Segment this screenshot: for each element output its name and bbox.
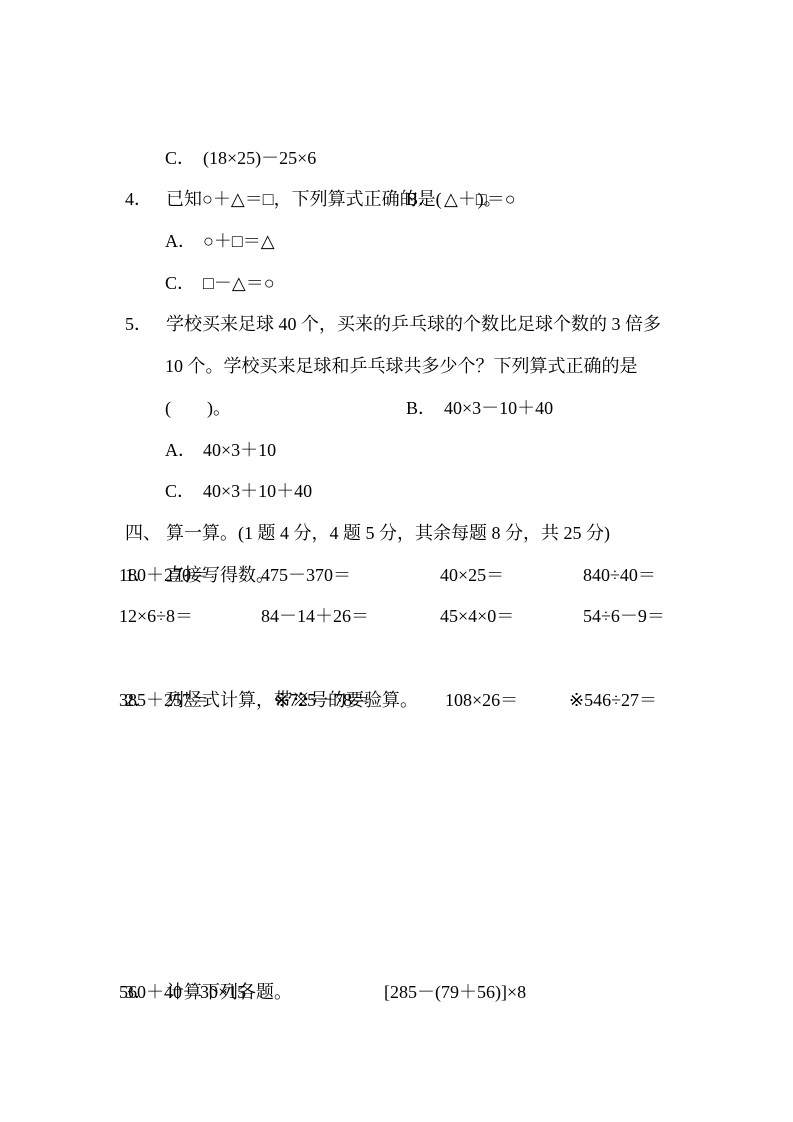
question-5-option-c-row: C．40×3＋10＋40 xyxy=(0,430,793,472)
option-b-expression: △＋□＝○ xyxy=(444,189,516,209)
working-space xyxy=(0,721,793,930)
expression: 108×26＝ xyxy=(445,680,518,722)
question-4-option-c-row: C．□－△＝○ xyxy=(0,221,793,263)
question-4-stem-row: 4．已知○＋△＝□，下列算式正确的是( )。 xyxy=(0,138,793,180)
question-4-option-b: B．△＋□＝○ xyxy=(406,179,516,221)
math-worksheet-page: C．(18×25)－25×6 4．已知○＋△＝□，下列算式正确的是( )。 A．… xyxy=(0,0,793,1122)
mixed-calculation-row: 560＋40－30×15 [285－(79＋56)]×8 xyxy=(0,972,793,1014)
expression: 560＋40－30×15 xyxy=(119,972,246,1014)
option-b-label: B． xyxy=(406,388,444,430)
expression: 54÷6－9＝ xyxy=(583,596,665,638)
option-b-label: B． xyxy=(406,179,444,221)
expression: 385＋257＝ xyxy=(119,680,209,722)
expression: ※546÷27＝ xyxy=(569,680,657,722)
expression: 84－14＋26＝ xyxy=(261,596,369,638)
expression: 12×6÷8＝ xyxy=(119,596,193,638)
expression: 180＋270＝ xyxy=(119,555,209,597)
mental-math-row-2: 12×6÷8＝ 84－14＋26＝ 45×4×0＝ 54÷6－9＝ xyxy=(0,596,793,638)
column-calculation-row: 385＋257＝ ※725－78＝ 108×26＝ ※546÷27＝ xyxy=(0,680,793,722)
mental-math-row-1: 180＋270＝ 475－370＝ 40×25＝ 840÷40＝ xyxy=(0,555,793,597)
subquestion-2-title-row: 2．列竖式计算，带※号的要验算。 xyxy=(0,638,793,680)
question-5-stem-row-2: 10 个。学校买来足球和乒乓球共多少个？下列算式正确的是 xyxy=(0,304,793,346)
option-b-expression: 40×3－10＋40 xyxy=(444,398,553,418)
question-5-options-ab-row: A．40×3＋10 B．40×3－10＋40 xyxy=(0,388,793,430)
expression: 40×25＝ xyxy=(440,555,504,597)
expression: 840÷40＝ xyxy=(583,555,656,597)
question-4-options-ab-row: A．○＋□＝△ B．△＋□＝○ xyxy=(0,179,793,221)
question-5-stem-row-3: ( )。 xyxy=(0,346,793,388)
subquestion-3-title-row: 3．计算下列各题。 xyxy=(0,930,793,972)
section-4-header-row: 四、算一算。(1 题 4 分，4 题 5 分，其余每题 8 分，共 25 分) xyxy=(0,471,793,513)
expression: 45×4×0＝ xyxy=(440,596,514,638)
question-5-stem-row-1: 5．学校买来足球 40 个，买来的乒乓球的个数比足球个数的 3 倍多 xyxy=(0,263,793,305)
expression: 475－370＝ xyxy=(261,555,351,597)
expression: ※725－78＝ xyxy=(274,680,370,722)
subquestion-1-title-row: 1．直接写得数。 xyxy=(0,513,793,555)
expression: [285－(79＋56)]×8 xyxy=(384,972,526,1014)
prev-question-option-c-row: C．(18×25)－25×6 xyxy=(0,96,793,138)
question-5-option-b: B．40×3－10＋40 xyxy=(406,388,553,430)
